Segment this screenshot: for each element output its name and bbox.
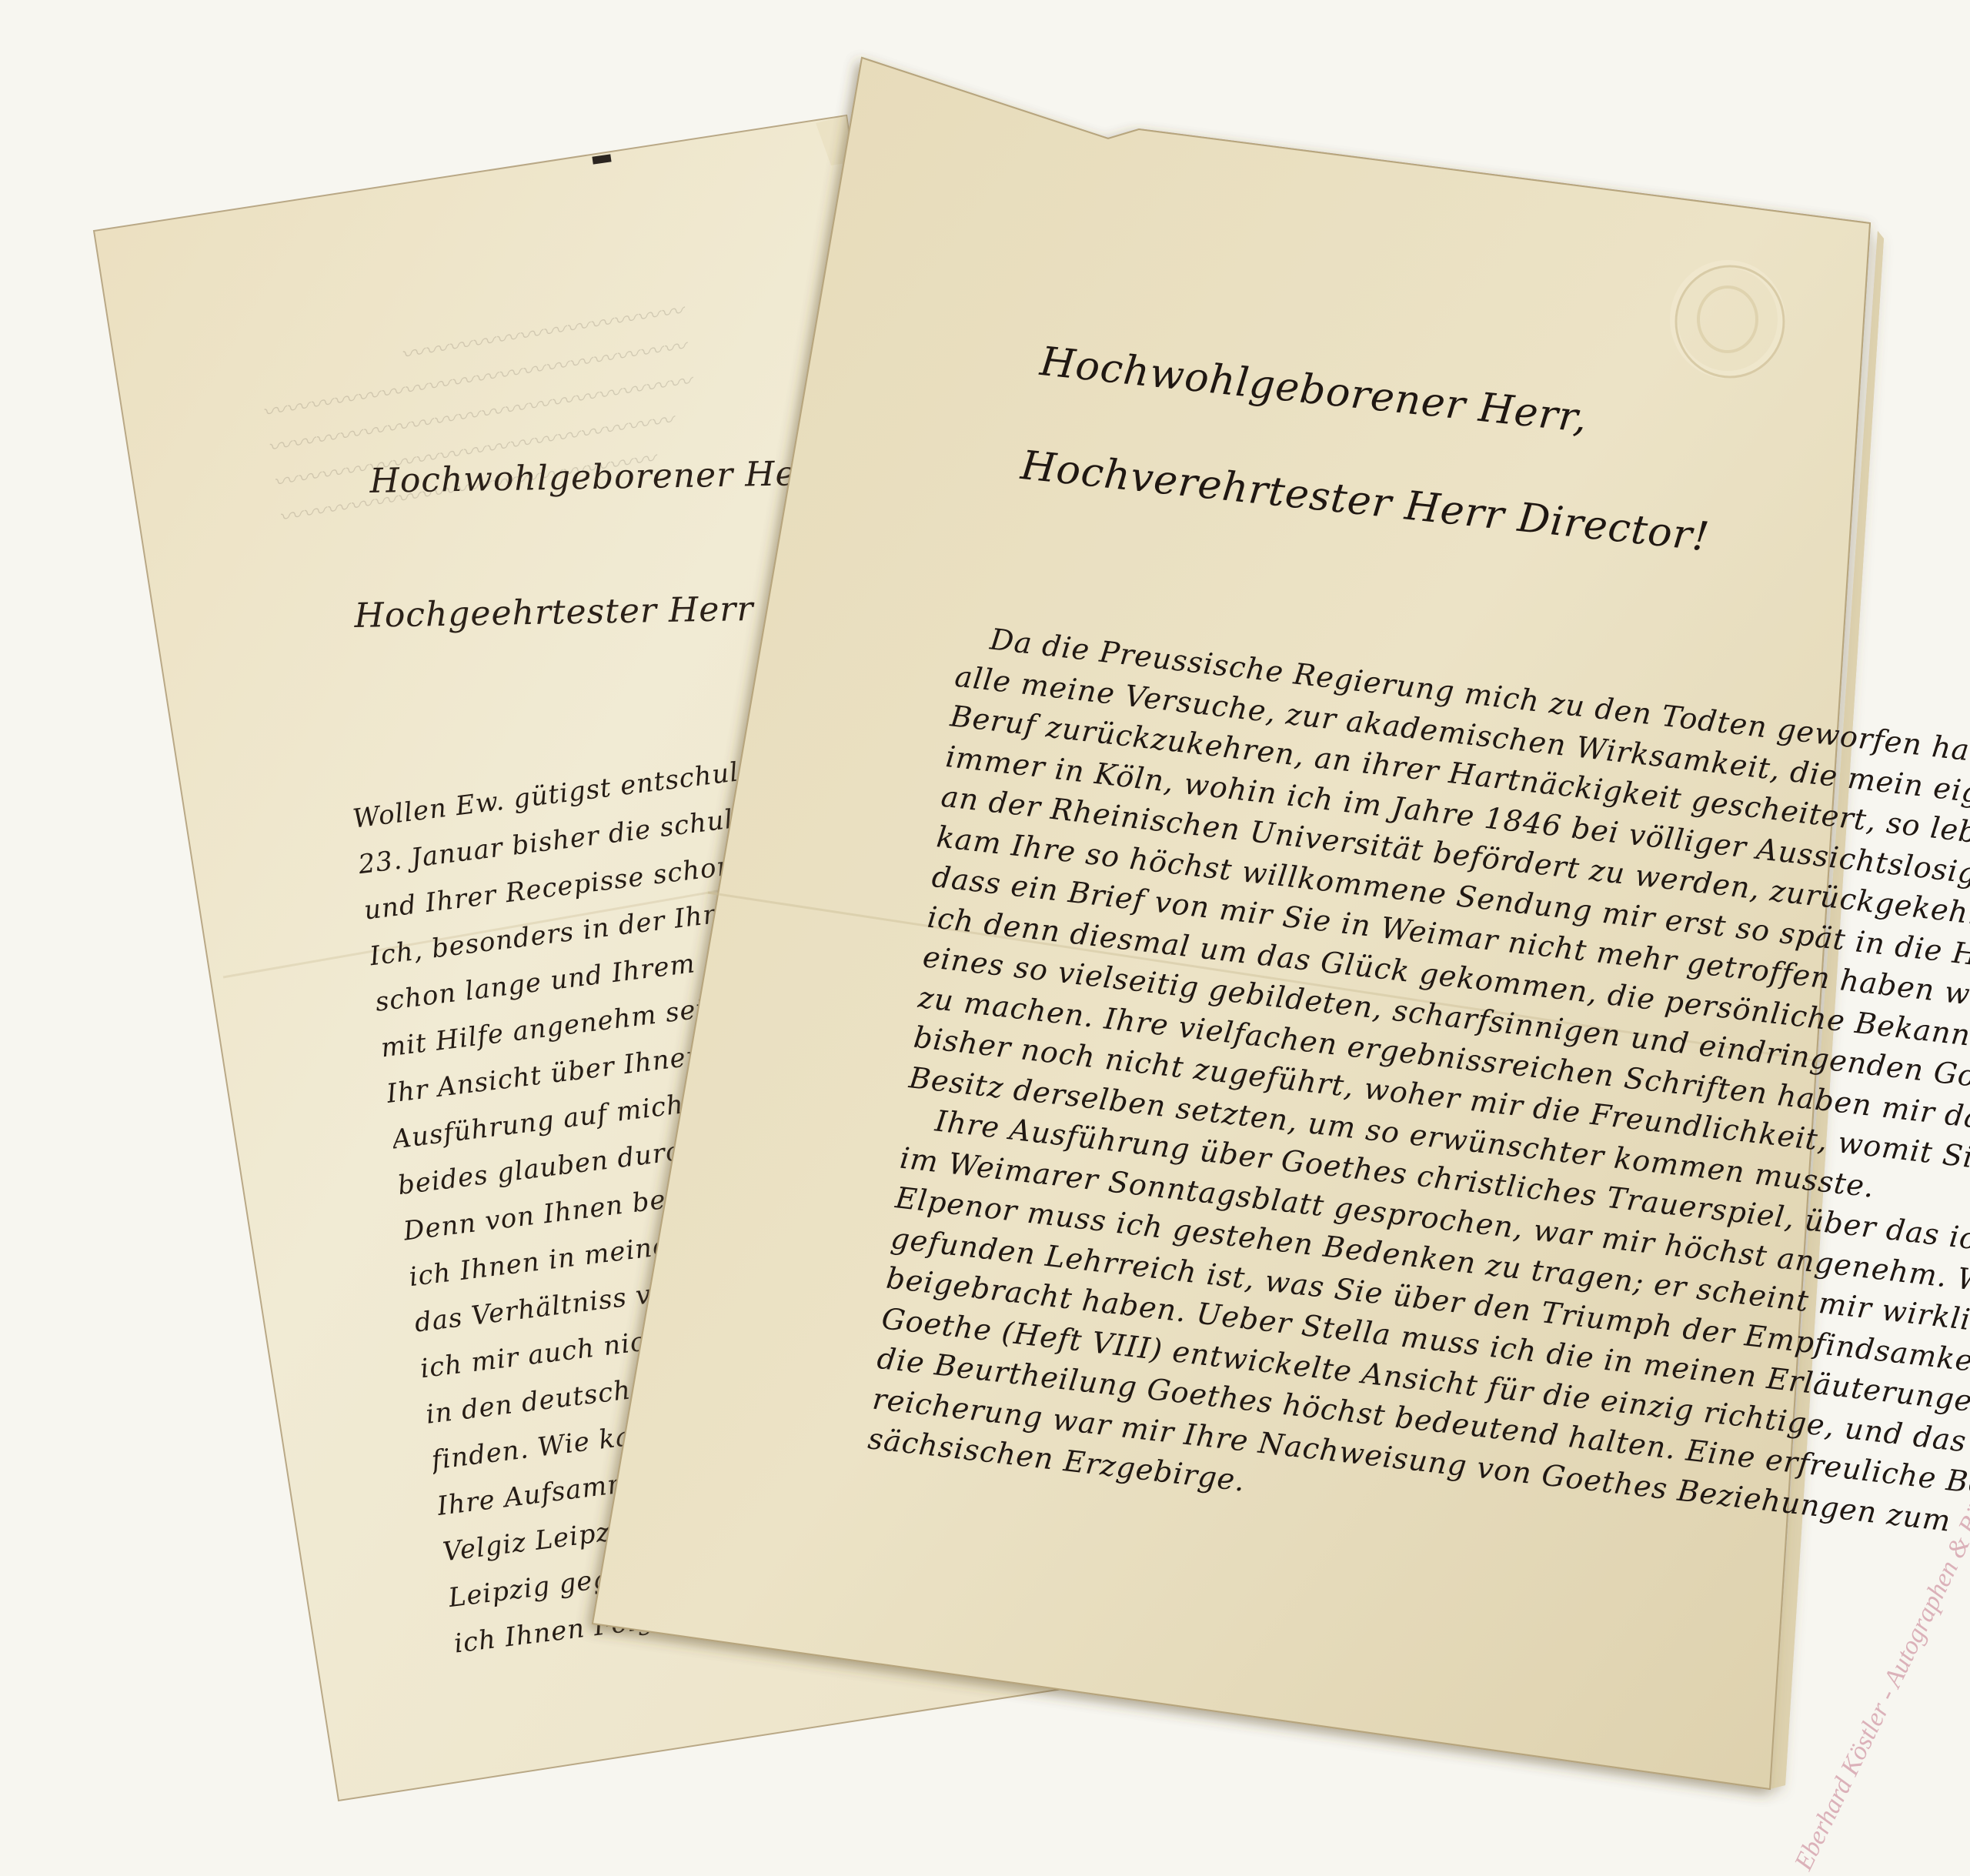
front-letter-body: Da die Preussische Regierung mich zu den… bbox=[866, 616, 1970, 1603]
photo-stage: 〰〰〰〰〰〰〰〰〰〰〰〰 〰〰〰〰〰〰〰〰〰〰〰〰〰〰〰〰〰〰 〰〰〰〰〰〰〰〰… bbox=[0, 0, 1970, 1876]
back-letter-salutation-1: Hochwohlgeborener Herr, bbox=[369, 453, 838, 501]
